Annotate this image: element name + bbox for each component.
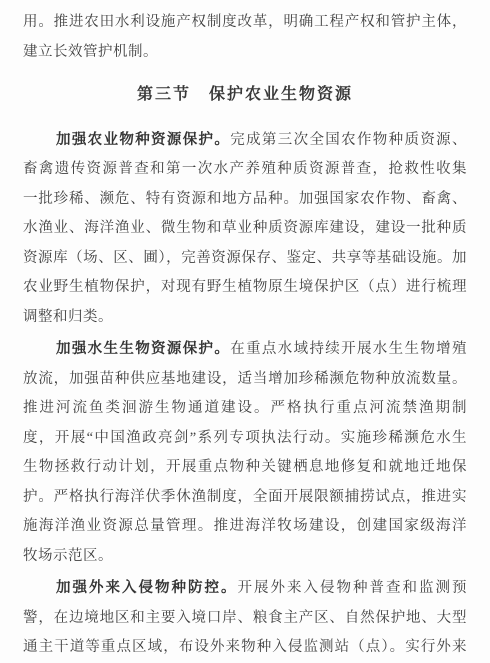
text-line: 用。推进农田水利设施产权制度改革，明确工程产权和管护主体，	[23, 8, 467, 38]
paragraph-lead-rest: 在重点水域持续开展水生生物增殖	[230, 341, 467, 357]
paragraph-continuation: 用。推进农田水利设施产权制度改革，明确工程产权和管护主体， 建立长效管护机制。	[23, 8, 467, 67]
text-line: 放流，加强苗种供应基地建设，适当增加珍稀濒危物种放流数量。	[23, 365, 467, 395]
text-line: 调整和归类。	[23, 303, 467, 333]
text-line: 加强水生生物资源保护。在重点水域持续开展水生生物增殖	[23, 335, 467, 365]
paragraph-lead: 加强外来入侵物种防控。	[56, 580, 238, 596]
text-line: 农业野生植物保护，对现有野生植物原生境保护区（点）进行梳理	[23, 273, 467, 303]
text-line: 警，在边境地区和主要入境口岸、粮食主产区、自然保护地、大型交	[23, 604, 467, 634]
paragraph-lead-rest: 开展外来入侵物种普查和监测预	[238, 580, 468, 596]
text-line: 护。严格执行海洋伏季休渔制度，全面开展限额捕捞试点，推进实	[23, 483, 467, 513]
text-line: 施海洋渔业资源总量管理。推进海洋牧场建设，创建国家级海洋	[23, 512, 467, 542]
paragraph-lead: 加强农业物种资源保护。	[56, 132, 230, 148]
text-line: 一批珍稀、濒危、特有资源和地方品种。加强国家农作物、畜禽、淡	[23, 185, 467, 215]
paragraph-invasive-species: 加强外来入侵物种防控。开展外来入侵物种普查和监测预 警，在边境地区和主要入境口岸…	[23, 574, 467, 663]
paragraph-species-resources: 加强农业物种资源保护。完成第三次全国农作物种质资源、 畜禽遗传资源普查和第一次水…	[23, 126, 467, 333]
text-line: 加强外来入侵物种防控。开展外来入侵物种普查和监测预	[23, 574, 467, 604]
text-line: 水渔业、海洋渔业、微生物和草业种质资源库建设，建设一批种质	[23, 214, 467, 244]
text-line: 建立长效管护机制。	[23, 38, 467, 68]
text-line: 畜禽遗传资源普查和第一次水产养殖种质资源普查，抢救性收集	[23, 155, 467, 185]
text-line: 牧场示范区。	[23, 542, 467, 572]
text-line: 加强农业物种资源保护。完成第三次全国农作物种质资源、	[23, 126, 467, 156]
text-line: 推进河流鱼类洄游生物通道建设。严格执行重点河流禁渔期制	[23, 394, 467, 424]
text-line: 资源库（场、区、圃），完善资源保存、鉴定、共享等基础设施。加强	[23, 244, 467, 274]
text-line: 通主干道等重点区域，布设外来物种入侵监测站（点）。实行外来	[23, 633, 467, 663]
document-page: 用。推进农田水利设施产权制度改革，明确工程产权和管护主体， 建立长效管护机制。 …	[0, 0, 490, 663]
paragraph-lead-rest: 完成第三次全国农作物种质资源、	[230, 132, 467, 148]
text-line: 度，开展“中国渔政亮剑”系列专项执法行动。实施珍稀濒危水生	[23, 424, 467, 454]
text-line: 生物拯救行动计划，开展重点物种关键栖息地修复和就地迁地保	[23, 453, 467, 483]
section-heading: 第三节 保护农业生物资源	[23, 80, 467, 110]
paragraph-lead: 加强水生生物资源保护。	[56, 341, 230, 357]
paragraph-aquatic-resources: 加强水生生物资源保护。在重点水域持续开展水生生物增殖 放流，加强苗种供应基地建设…	[23, 335, 467, 571]
